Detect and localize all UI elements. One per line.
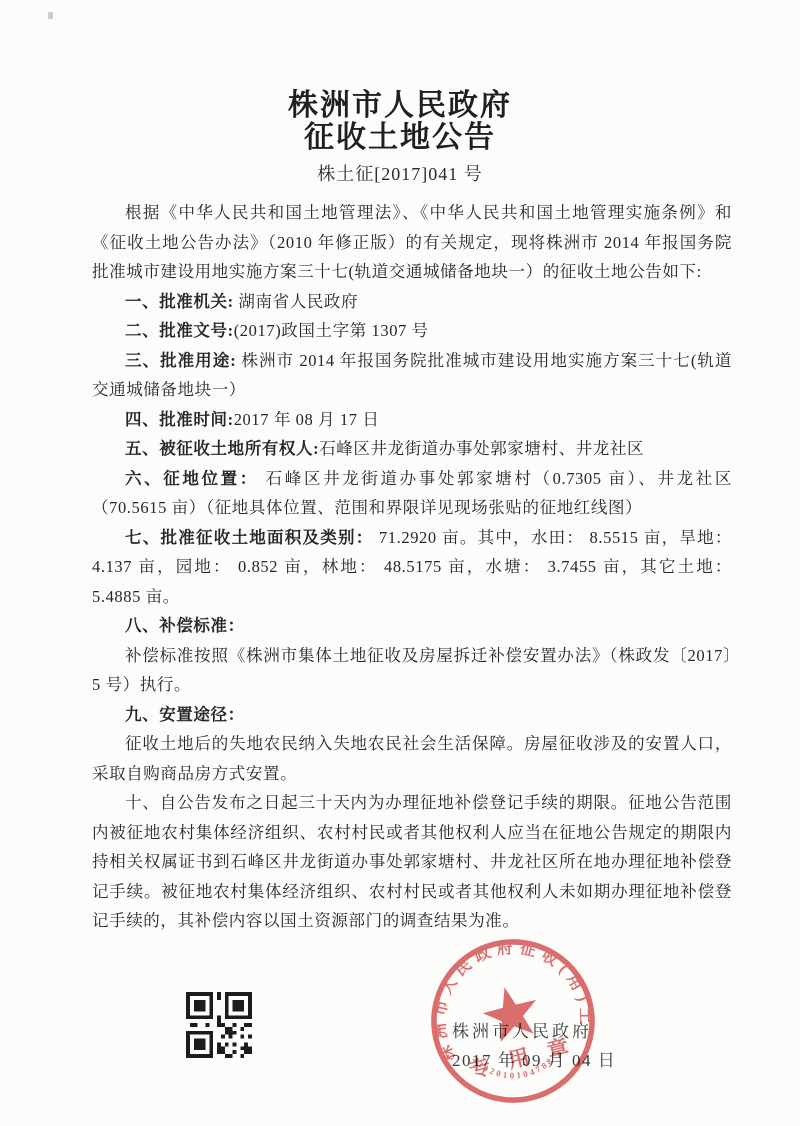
paragraph-text: 2017 年 08 月 17 日: [234, 410, 380, 429]
paragraph-item-8: 八、补偿标准：: [92, 611, 732, 641]
item-label: 三、批准用途:: [125, 351, 236, 370]
paragraph-text: 湖南省人民政府: [234, 292, 358, 311]
paragraph-text: 十、自公告发布之日起三十天内为办理征地补偿登记手续的期限。征地公告范围内被征地农…: [92, 793, 732, 930]
issuer-name: 株洲市人民政府: [452, 1017, 616, 1046]
item-label: 五、被征收土地所有权人:: [125, 439, 319, 458]
paragraph-text: 补偿标准按照《株洲市集体土地征收及房屋拆迁补偿安置办法》（株政发〔2017〕5 …: [92, 646, 732, 695]
paragraph-item-10: 十、自公告发布之日起三十天内为办理征地补偿登记手续的期限。征地公告范围内被征地农…: [92, 788, 732, 936]
paragraph-item-3: 三、批准用途: 株洲市 2014 年报国务院批准城市建设用地实施方案三十七(轨道…: [92, 346, 732, 405]
paragraph-item-1: 一、批准机关: 湖南省人民政府: [92, 287, 732, 317]
paragraph-item-9-text: 征收土地后的失地农民纳入失地农民社会生活保障。房屋征收涉及的安置人口，采取自购商…: [92, 729, 732, 788]
paragraph-item-5: 五、被征收土地所有权人:石峰区井龙街道办事处郭家塘村、井龙社区: [92, 434, 732, 464]
item-label: 二、批准文号:: [125, 321, 234, 340]
item-label: 七、批准征收土地面积及类别：: [125, 528, 374, 547]
item-label: 六、征地位置：: [125, 469, 259, 488]
scanned-document-page: 株洲市人民政府 征收土地公告 株土征[2017]041 号 根据《中华人民共和国…: [0, 0, 800, 1126]
item-label: 九、安置途径：: [125, 705, 245, 724]
paragraph-text: 征收土地后的失地农民纳入失地农民社会生活保障。房屋征收涉及的安置人口，采取自购商…: [92, 734, 732, 783]
qr-code: [186, 992, 252, 1058]
paragraph-text: 石峰区井龙街道办事处郭家塘村、井龙社区: [319, 439, 644, 458]
document-header: 株洲市人民政府 征收土地公告 株土征[2017]041 号: [0, 0, 800, 185]
item-label: 一、批准机关:: [125, 292, 234, 311]
paragraph-item-7: 七、批准征收土地面积及类别： 71.2920 亩。其中，水田： 8.5515 亩…: [92, 523, 732, 612]
issue-date: 2017 年 09 月 04 日: [452, 1046, 616, 1075]
document-body: 根据《中华人民共和国土地管理法》、《中华人民共和国土地管理实施条例》和《征收土地…: [92, 198, 732, 936]
paragraph-item-9: 九、安置途径：: [92, 700, 732, 730]
paragraph-text: 根据《中华人民共和国土地管理法》、《中华人民共和国土地管理实施条例》和《征收土地…: [92, 203, 732, 281]
document-title-line1: 株洲市人民政府: [0, 90, 800, 122]
paragraph-item-4: 四、批准时间:2017 年 08 月 17 日: [92, 405, 732, 435]
signature-block: 株洲市人民政府 2017 年 09 月 04 日: [452, 1017, 616, 1075]
scan-artifact: [48, 12, 53, 19]
item-label: 八、补偿标准：: [125, 616, 245, 635]
document-number: 株土征[2017]041 号: [0, 163, 800, 185]
document-title-line2: 征收土地公告: [0, 122, 800, 154]
paragraph-item-8-text: 补偿标准按照《株洲市集体土地征收及房屋拆迁补偿安置办法》（株政发〔2017〕5 …: [92, 641, 732, 700]
item-label: 四、批准时间:: [125, 410, 234, 429]
paragraph-item-6: 六、征地位置： 石峰区井龙街道办事处郭家塘村（0.7305 亩）、井龙社区（70…: [92, 464, 732, 523]
paragraph-item-2: 二、批准文号:(2017)政国土字第 1307 号: [92, 316, 732, 346]
paragraph-text: (2017)政国土字第 1307 号: [234, 321, 429, 340]
paragraph-intro: 根据《中华人民共和国土地管理法》、《中华人民共和国土地管理实施条例》和《征收土地…: [92, 198, 732, 287]
